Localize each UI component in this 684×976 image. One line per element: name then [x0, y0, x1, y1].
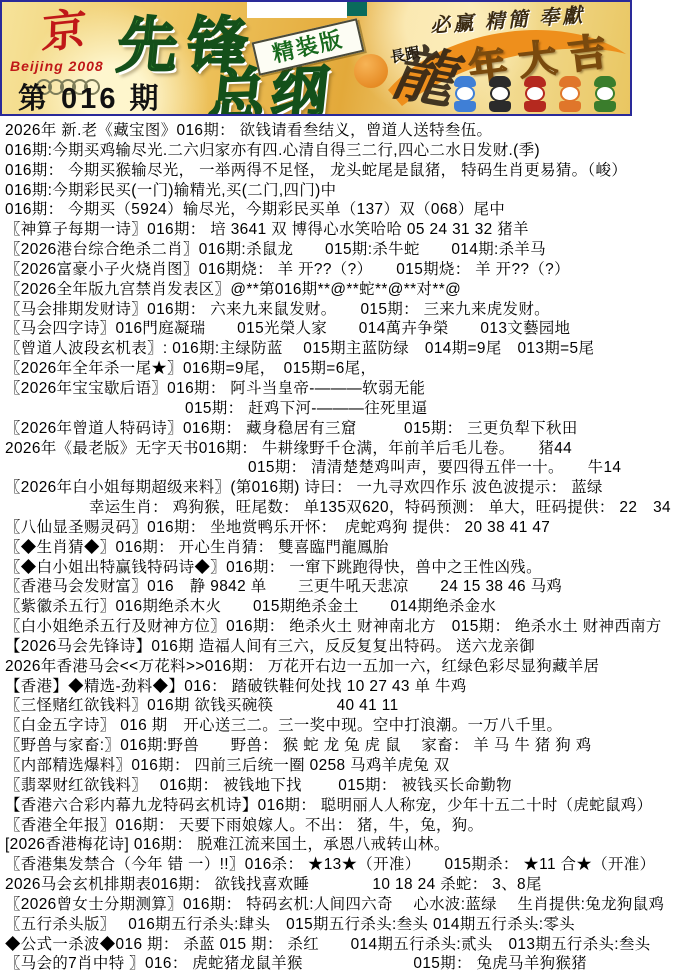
fuwa-mascots-row	[450, 76, 625, 112]
text-line: 〖2026全年版九宫禁肖发表区〗@**第016期**@**蛇**@**对**@	[5, 280, 684, 300]
text-line: 2026年《最老版》无字天书016期： 牛耕缘野千仓满，年前羊后毛儿卷。 猪44	[5, 439, 684, 459]
beijing-2008-emblem-icon: 京	[37, 5, 91, 58]
text-line: 〖马会四字诗〗016門庭凝瑞 015光榮人家 014萬卉争榮 013文藝园地	[5, 319, 684, 339]
text-line: 2026年 新.老《藏宝图》016期： 欲钱请看叁结义，曾道人送特叁伍。	[5, 121, 684, 141]
text-line: 016期:今期彩民买(一门)输精光,买(二门,四门)中	[5, 181, 684, 201]
text-line: 015期： 清清楚楚鸡叫声，要四得五伴一十。 牛14	[5, 458, 684, 478]
text-line: 〖香港集发禁合（今年 错 一）!!〗016杀： ★13★（开准） 015期杀： …	[5, 855, 684, 875]
text-line: 〖五行杀头版〗 016期五行杀头:肆头 015期五行杀头:叁头 014期五行杀头…	[5, 915, 684, 935]
content-lines: 2026年 新.老《藏宝图》016期： 欲钱请看叁结义，曾道人送特叁伍。016期…	[5, 121, 684, 974]
text-line: ◆公式一杀波◆016 期： 杀蓝 015 期： 杀红 014期五行杀头:贰头 0…	[5, 935, 684, 955]
beijing-2008-logo-text: Beijing 2008	[10, 58, 130, 74]
text-line: 〖◆生肖猜◆〗016期： 开心生肖猜： 雙喜臨門龍鳳胎	[5, 538, 684, 558]
issue-number-label: 第 016 期	[18, 76, 162, 116]
text-line: 〖香港全年报〗016期： 天要下雨娘嫁人。不出： 猪，牛，兔，狗。	[5, 816, 684, 836]
fuwa-mascot-jingjing-icon	[485, 76, 515, 112]
fuwa-mascot-nini-icon	[590, 76, 620, 112]
text-line: 〖2026年白小姐每期超级来料〗(第016期) 诗曰： 一九寻欢四作乐 波色波提…	[5, 478, 684, 498]
text-line: 2026年香港马会<<万花料>>016期： 万花开右边一五加一六，红绿色彩尽显狗…	[5, 657, 684, 677]
text-line: 〖内部精选爆料〗016期： 四前三后统一圈 0258 马鸡羊虎兔 双	[5, 756, 684, 776]
text-line: 016期： 今期买（5924）输尽光，今期彩民买单（137）双（068）尾中	[5, 200, 684, 220]
text-line: 〖翡翠财红欲钱料〗 016期： 被钱地下找 015期： 被钱买长命勤物	[5, 776, 684, 796]
fuwa-mascot-beibei-icon	[450, 76, 480, 112]
text-line: 〖◆白小姐出特赢钱特码诗◆〗016期： 一窜下跳跑得快，兽中之王性凶残。	[5, 558, 684, 578]
fuwa-mascot-yingying-icon	[555, 76, 585, 112]
text-line: 〖2026港台综合绝杀二肖〗016期:杀鼠龙 015期:杀牛蛇 014期:杀羊马	[5, 240, 684, 260]
text-line: 〖2026年宝宝歇后语〗016期： 阿斗当皇帝-———软弱无能	[5, 379, 684, 399]
text-line: 〖白金五字诗〗 016 期 开心送三二。三一奖中现。空中打浪潮。一万八千里。	[5, 716, 684, 736]
text-line: 〖三怪赌红欲钱料〗016期 欲钱买碗筷 40 41 11	[5, 696, 684, 716]
text-line: 〖2026富豪小子火烧肖图〗016期烧： 羊 开??（?） 015期烧： 羊 开…	[5, 260, 684, 280]
text-line: 〖神算子每期一诗〗016期： 培 3641 双 博得心水笑哈哈 05 24 31…	[5, 220, 684, 240]
text-line: 〖白小姐绝杀五行及财神方位〗016期： 绝杀火土 财神南北方 015期： 绝杀水…	[5, 617, 684, 637]
tip-sheet-page: 京 Beijing 2008 先锋 总纲 第 016 期 精装版 必赢 精簡 奉…	[0, 0, 684, 976]
text-line: 015期： 赶鸡下河-———往死里逼	[5, 399, 684, 419]
text-line: 〖2026曾女士分期测算〗016期： 特码玄机:人间四六奇 心水波:蓝绿 生肖提…	[5, 895, 684, 915]
scan-teal-notch	[347, 2, 367, 16]
text-line: 〖香港马会发财富〗016 静 9842 单 三更牛吼天悲凉 24 15 38 4…	[5, 577, 684, 597]
text-line: 〖野兽与家畜:〗016期:野兽 野兽： 猴 蛇 龙 兔 虎 鼠 家畜： 羊 马 …	[5, 736, 684, 756]
text-line: 〖2026年全年杀一尾★〗016期=9尾， 015期=6尾，	[5, 359, 684, 379]
text-line: 【香港六合彩内幕九龙特码玄机诗】016期： 聪明丽人人称宠，少年十五二十时（虎蛇…	[5, 796, 684, 816]
text-line: 〖紫徽杀五行〗016期绝杀木火 015期绝杀金土 014期绝杀金水	[5, 597, 684, 617]
scan-white-notch	[247, 2, 347, 18]
text-line: 幸运生肖： 鸡狗猴，旺尾数： 单135双620，特码预测： 单大，旺码提供： 2…	[5, 498, 684, 518]
text-line: 〖马会的7肖中特 〗016： 虎蛇猪龙鼠羊猴 015期： 兔虎马羊狗猴猪	[5, 954, 684, 974]
text-line: 【香港】◆精选-劲料◆】016： 踏破铁鞋何处找 10 27 43 单 牛鸡	[5, 677, 684, 697]
orange-ball-decoration	[354, 54, 388, 88]
text-line: 【2026马会先锋诗】016期 造福人间有三六，反反复复出特码。 送六龙亲御	[5, 637, 684, 657]
masthead-banner: 京 Beijing 2008 先锋 总纲 第 016 期 精装版 必赢 精簡 奉…	[0, 0, 632, 116]
text-line: 〖2026年曾道人特码诗〗016期： 藏身稳居有三窟 015期： 三更负犁下秋田	[5, 419, 684, 439]
text-line: 〖八仙显圣赐灵码〗016期： 坐地赏鸭乐开怀： 虎蛇鸡狗 提供： 20 38 4…	[5, 518, 684, 538]
text-line: 2026马会玄机排期表016期： 欲钱找喜欢睡 10 18 24 杀蛇： 3、8…	[5, 875, 684, 895]
text-line: 〖曾道人波段玄机表〗: 016期:主绿防蓝 015期主蓝防绿 014期=9尾 0…	[5, 339, 684, 359]
fuwa-mascot-huanhuan-icon	[520, 76, 550, 112]
text-line: 〖马会排期发财诗〗016期： 六来九来鼠发财。 015期： 三来九来虎发财。	[5, 300, 684, 320]
text-line: [2026香港梅花诗] 016期： 脱难江流来国土，承恩八戒转山林。	[5, 835, 684, 855]
text-line: 016期:今期买鸡输尽光.二六归家亦有四.心清自得三二行,四心二水日发财.(季)	[5, 141, 684, 161]
text-line: 016期： 今期买猴输尽光， 一举两得不足怪， 龙头蛇尾是鼠猪， 特码生肖更易猜…	[5, 161, 684, 181]
